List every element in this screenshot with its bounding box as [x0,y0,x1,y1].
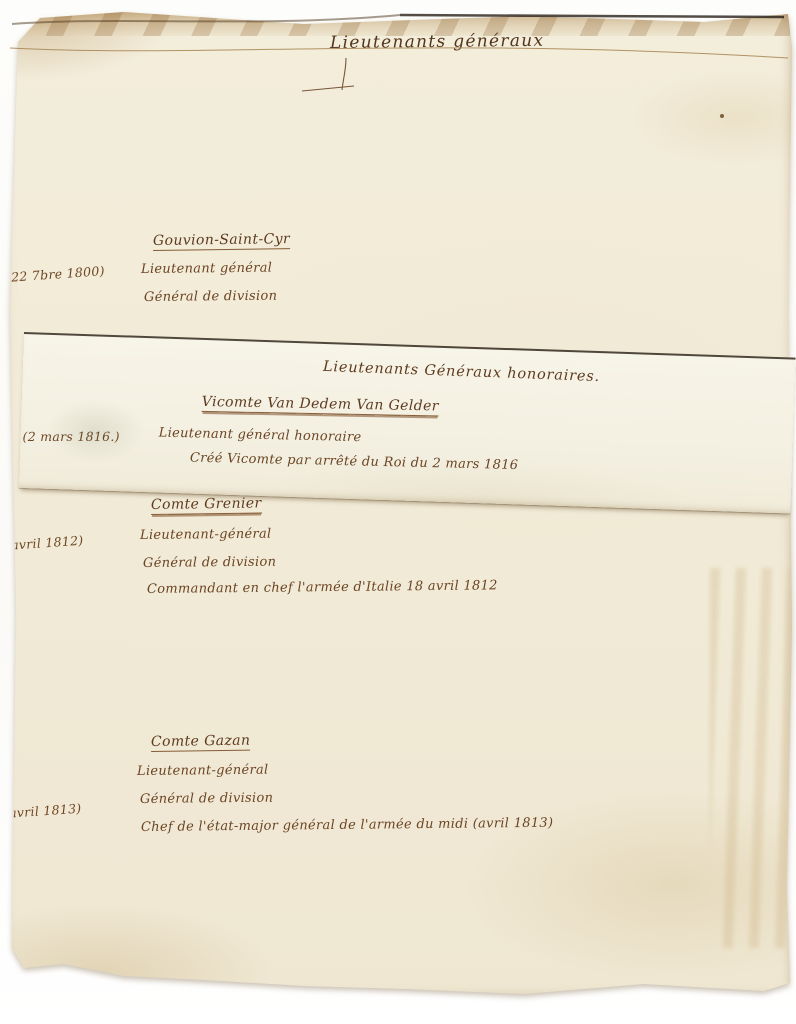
ink-speck [720,114,724,118]
scanned-document: Lieutenants généraux (22 7bre 1800) Gouv… [0,0,796,1024]
margin-date: (avril 1812) [6,534,84,553]
entry-line: Lieutenant général [141,262,272,278]
slip-heading: Lieutenants Généraux honoraires. [323,360,600,386]
entry-name: Gouvion-Saint-Cyr [153,232,290,251]
entry-line: Lieutenant général honoraire [159,427,362,446]
margin-date: (avril 1813) [4,802,82,821]
entry-line: Commandant en chef l'armée d'Italie 18 a… [147,579,498,597]
entry-line: Lieutenant-général [140,528,272,544]
entry-line: Chef de l'état-major général de l'armée … [141,817,553,836]
entry-name: Comte Gazan [151,734,251,753]
entry-line: Lieutenant-général [137,764,269,780]
manuscript-sheet-wrap: Lieutenants généraux (22 7bre 1800) Gouv… [0,0,796,1024]
entry-name: Comte Grenier [151,496,262,515]
entry-line: Général de division [140,792,273,808]
margin-date: (22 7bre 1800) [6,264,106,285]
entry-line: Général de division [144,290,277,306]
pasted-slip: Lieutenants Généraux honoraires. Vicomte… [19,332,796,514]
page-title: Lieutenants généraux [330,32,545,53]
entry-name: Vicomte Van Dedem Van Gelder [202,395,439,417]
paper-stain-streaks [710,568,790,948]
entry-line: Général de division [143,556,276,572]
entry-line: Créé Vicomte par arrêté du Roi du 2 mars… [190,452,519,474]
margin-date: (2 mars 1816.) [23,430,120,444]
